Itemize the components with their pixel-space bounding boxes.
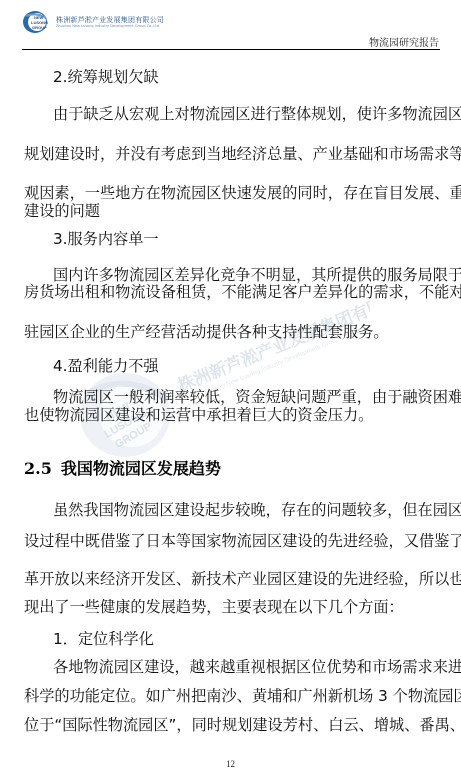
document-page: NEW LUSONG GROUP 株洲新芦淞产业发展集团有限公司 Zhuzhou…: [0, 0, 461, 784]
subheading-service: 3.服务内容单一: [53, 228, 159, 249]
svg-text:株洲新芦淞产业发展集团有限公司: 株洲新芦淞产业发展集团有限公司: [175, 300, 370, 396]
paragraph-line: 观因素，一些地方在物流园区快速发展的同时，存在盲目发展、重复: [24, 184, 461, 202]
paragraph-line: 设过程中既借鉴了日本等国家物流园区建设的先进经验，又借鉴了改: [24, 532, 461, 550]
report-title: 物流园研究报告: [369, 34, 439, 49]
paragraph-line: 各地物流园区建设，越来越重视根据区位优势和市场需求来进行: [53, 658, 461, 676]
header-company: 株洲新芦淞产业发展集团有限公司 Zhuzhou New Lusong Indus…: [56, 16, 164, 29]
paragraph-line: 建设的问题: [24, 202, 100, 220]
paragraph-line: 国内许多物流园区差异化竞争不明显，其所提供的服务局限于库: [53, 266, 461, 284]
paragraph-line: 物流园区一般利润率较低，资金短缺问题严重，由于融资困难，: [53, 388, 461, 406]
paragraph-line: 革开放以来经济开发区、新技术产业园区建设的先进经验，所以也呈: [24, 570, 461, 588]
paragraph-line: 现出了一些健康的发展趋势，主要表现在以下几个方面：: [24, 598, 404, 616]
paragraph-line: 位于“国际性物流园区”，同时规划建设芳村、白云、增城、番禺、: [24, 716, 461, 734]
svg-text:GROUP: GROUP: [32, 25, 47, 30]
svg-text:GROUP: GROUP: [113, 420, 154, 451]
section-heading: 2.5我国物流园区发展趋势: [24, 456, 221, 479]
section-title: 我国物流园区发展趋势: [61, 459, 221, 478]
company-name-cn: 株洲新芦淞产业发展集团有限公司: [56, 16, 164, 24]
header-divider: [22, 49, 440, 50]
subheading-profit: 4.盈利能力不强: [53, 355, 159, 376]
subheading-positioning: 1．定位科学化: [53, 628, 154, 649]
paragraph-line: 也使物流园区建设和运营中承担着巨大的资金压力。: [24, 406, 373, 424]
company-logo-icon: NEW LUSONG GROUP: [22, 10, 52, 34]
paragraph-line: 规划建设时，并没有考虑到当地经济总量、产业基础和市场需求等客: [24, 145, 461, 163]
subheading-planning: 2.统筹规划欠缺: [53, 66, 159, 87]
paragraph-line: 驻园区企业的生产经营活动提供各种支持性配套服务。: [24, 323, 389, 341]
page-number: 12: [0, 759, 461, 769]
paragraph-line: 虽然我国物流园区建设起步较晚，存在的问题较多，但在园区建: [53, 501, 461, 519]
paragraph-line: 科学的功能定位。如广州把南沙、黄埔和广州新机场 3 个物流园区定: [24, 687, 461, 705]
section-number: 2.5: [24, 459, 52, 478]
company-name-en: Zhuzhou New Lusong Industry Development …: [56, 24, 164, 29]
paragraph-line: 由于缺乏从宏观上对物流园区进行整体规划，使许多物流园区在: [53, 105, 461, 123]
paragraph-line: 房货场出租和物流设备租赁，不能满足客户差异化的需求，不能对入: [24, 283, 461, 301]
